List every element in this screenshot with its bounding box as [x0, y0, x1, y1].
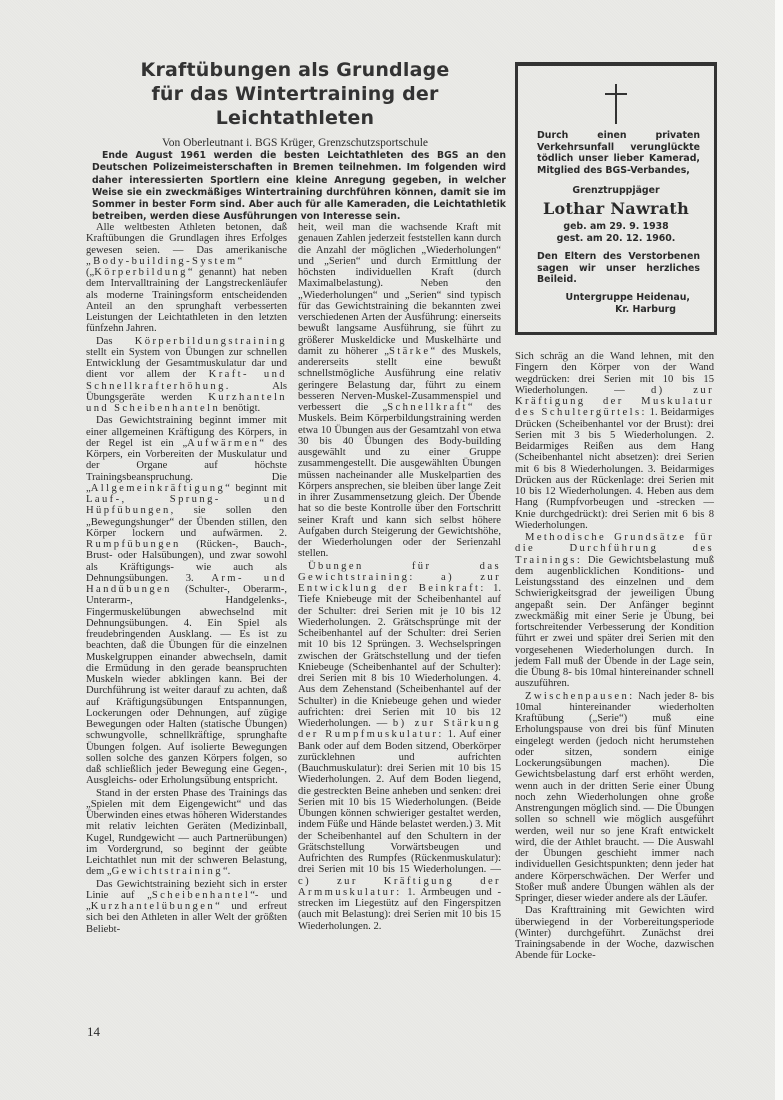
paragraph: Sich schräg an die Wand lehnen, mit den … [515, 351, 714, 531]
obituary-name: Lothar Nawrath [518, 199, 714, 218]
spaced-emphasis: Kurzhantelübungen [91, 901, 215, 912]
text: Nach jeder 8- bis 10mal hintereinander w… [515, 691, 714, 905]
spaced-emphasis: Übungen für das Gewichtstraining: a) zur… [298, 561, 501, 595]
obituary-born: geb. am 29. 9. 1938 [518, 221, 714, 233]
paragraph: Stand in der ersten Phase des Trainings … [86, 788, 287, 878]
text: Alle weltbesten Athleten betonen, daß Kr… [86, 222, 287, 256]
paragraph: Das Gewichtstraining bezieht sich in ers… [86, 879, 287, 935]
text: 1. Tiefe Kniebeuge mit der Scheibenhante… [298, 583, 501, 729]
spaced-emphasis: Aufwärmen [187, 438, 259, 449]
spaced-emphasis: Rumpfübungen [86, 539, 181, 550]
text: heit, weil man die wachsende Kraft mit g… [298, 222, 501, 357]
spaced-emphasis: „Body-building-System“ [86, 256, 245, 267]
article-title-line1: Kraftübungen als Grundlage [84, 58, 506, 82]
spaced-emphasis: Schnellkraft [387, 402, 468, 413]
text: Die Gewichtsbelastung muß dem augenblick… [515, 555, 714, 690]
paragraph: Zwischenpausen: Nach jeder 8- bis 10mal … [515, 691, 714, 905]
text: (Schulter-, Oberarm-, Unterarm-, Handgel… [86, 584, 287, 786]
text: Das Krafttraining mit Gewichten wird übe… [515, 905, 714, 961]
obituary-box: Durch einen privaten Verkehrsunfall veru… [515, 62, 717, 335]
obituary-condolence: Den Eltern des Verstorbenen sagen wir un… [518, 251, 714, 286]
paragraph: Das Gewichtstraining beginnt immer mit e… [86, 415, 287, 786]
text: “ des Muskels. Beim Körperbildungstraini… [298, 402, 501, 559]
spaced-emphasis: Stärke [389, 346, 430, 357]
paragraph: heit, weil man die wachsende Kraft mit g… [298, 222, 501, 560]
obituary-signature-line2: Kr. Harburg [518, 304, 690, 316]
spaced-emphasis: Körperbildung [94, 267, 188, 278]
article-header: Kraftübungen als Grundlage für das Winte… [84, 58, 506, 149]
text: benötigt. [220, 403, 260, 414]
paragraph: Methodische Grundsätze für die Durchführ… [515, 532, 714, 690]
obituary-dates: geb. am 29. 9. 1938 gest. am 20. 12. 196… [518, 221, 714, 245]
spaced-emphasis: Scheibenhantel [152, 890, 250, 901]
text-column-1: Alle weltbesten Athleten betonen, daß Kr… [86, 222, 287, 936]
paragraph: Alle weltbesten Athleten betonen, daß Kr… [86, 222, 287, 335]
text-column-3: Sich schräg an die Wand lehnen, mit den … [515, 351, 714, 963]
text: 1. Beidarmiges Drücken (Scheibenhantel v… [515, 407, 714, 531]
obituary-signature: Untergruppe Heidenau, Kr. Harburg [518, 292, 714, 316]
spaced-emphasis: Zwischenpausen: [525, 691, 635, 702]
document-page: Kraftübungen als Grundlage für das Winte… [0, 0, 783, 1100]
spaced-emphasis: Körperbildungstraining [135, 336, 287, 347]
article-title-line2: für das Wintertraining der Leichtathlete… [84, 82, 506, 130]
page-number: 14 [87, 1024, 100, 1040]
paragraph: Das Krafttraining mit Gewichten wird übe… [515, 905, 714, 961]
article-intro: Ende August 1961 werden die besten Leich… [92, 150, 506, 224]
text: Stand in der ersten Phase des Trainings … [86, 788, 287, 878]
spaced-emphasis: Gewichtstraining [112, 866, 223, 877]
article-byline: Von Oberleutnant i. BGS Krüger, Grenzsch… [84, 137, 506, 149]
obituary-text: Durch einen privaten Verkehrsunfall veru… [518, 130, 714, 176]
obituary-died: gest. am 20. 12. 1960. [518, 233, 714, 245]
obituary-rank: Grenztruppjäger [518, 185, 714, 196]
paragraph: Das Körperbildungstraining stellt ein Sy… [86, 336, 287, 415]
text: “. [223, 866, 230, 877]
page-edge [775, 0, 783, 1100]
obituary-signature-line1: Untergruppe Heidenau, [518, 292, 690, 304]
text: 1. Auf einer Bank oder auf dem Boden sit… [298, 729, 501, 875]
cross-icon [605, 84, 627, 124]
text-column-2: heit, weil man die wachsende Kraft mit g… [298, 222, 501, 933]
text: Das [96, 336, 135, 347]
text: („ [86, 267, 94, 278]
text: “ beginnt mit [225, 483, 287, 494]
spaced-emphasis: Allgemeinkräftigung [91, 483, 225, 494]
paragraph: Übungen für das Gewichtstraining: a) zur… [298, 561, 501, 932]
